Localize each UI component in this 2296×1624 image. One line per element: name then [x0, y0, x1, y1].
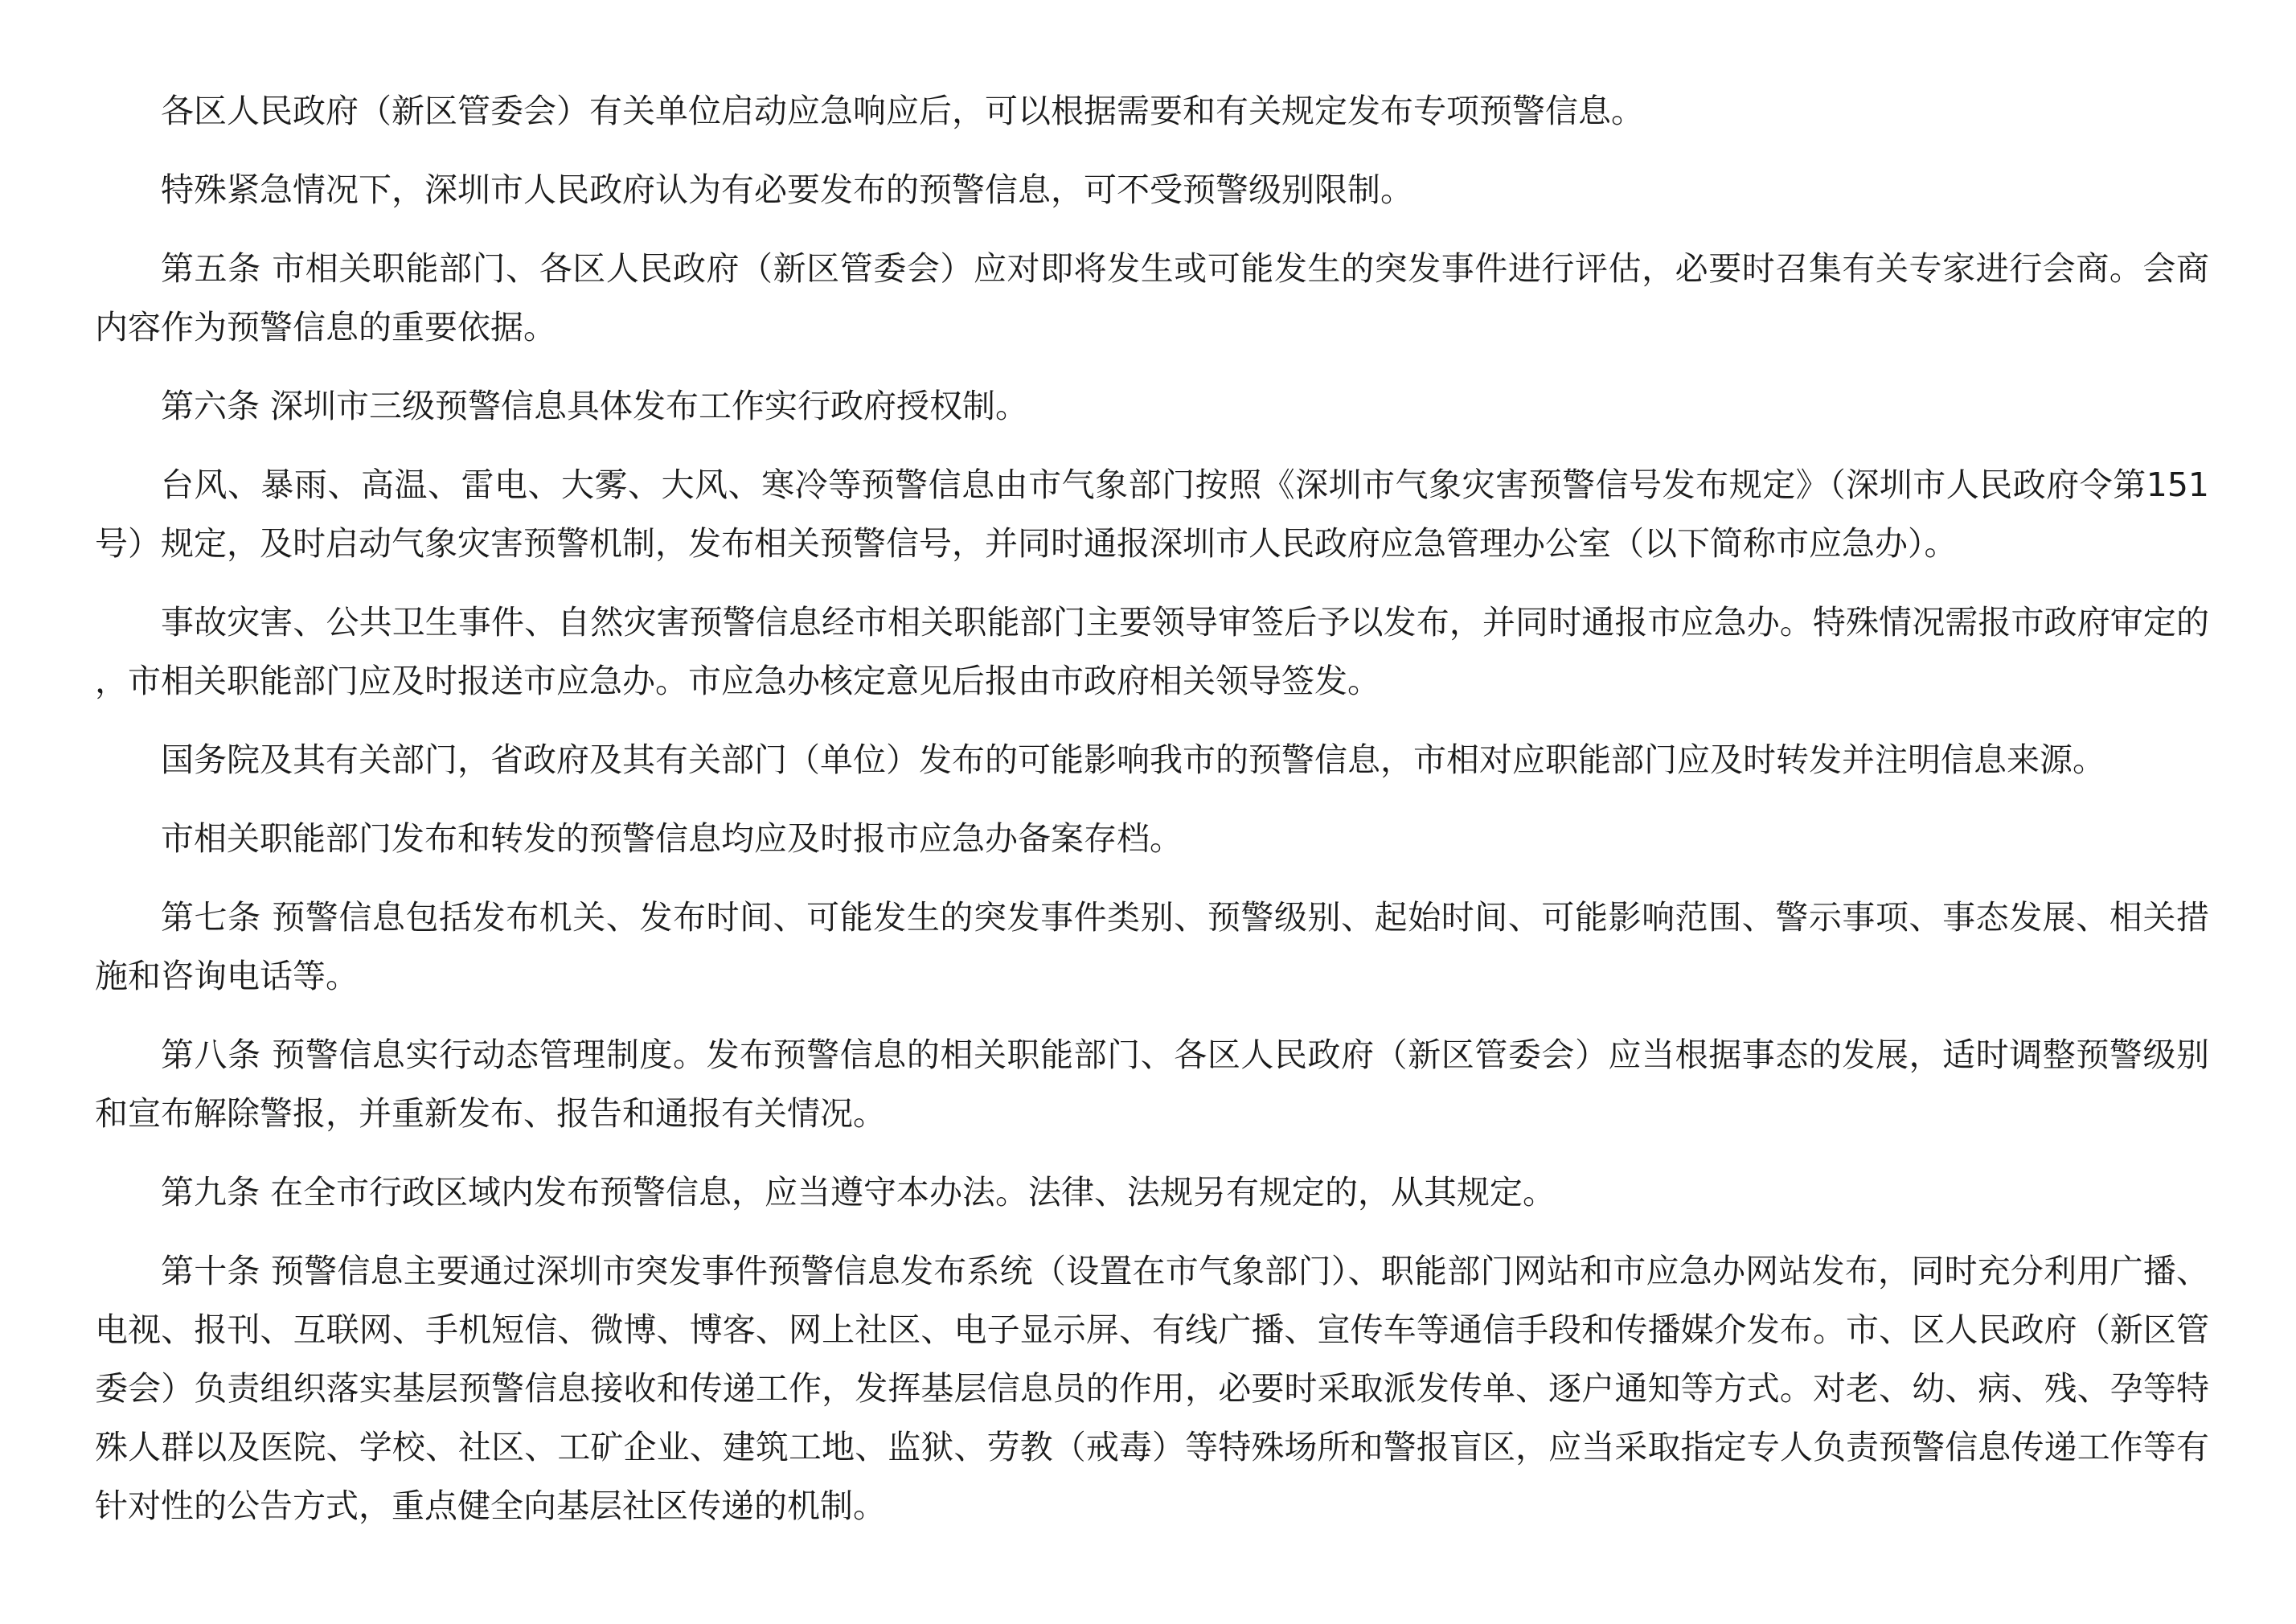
paragraph-special-warning-by-district: 各区人民政府（新区管委会）有关单位启动应急响应后，可以根据需要和有关规定发布专项… — [95, 82, 2209, 141]
paragraph-accident-disaster-warnings: 事故灾害、公共卫生事件、自然灾害预警信息经市相关职能部门主要领导审签后予以发布，… — [95, 593, 2209, 711]
paragraph-article-10: 第十条 预警信息主要通过深圳市突发事件预警信息发布系统（设置在市气象部门）、职能… — [95, 1242, 2209, 1536]
paragraph-article-9: 第九条 在全市行政区域内发布预警信息，应当遵守本办法。法律、法规另有规定的，从其… — [95, 1163, 2209, 1222]
paragraph-special-emergency: 特殊紧急情况下，深圳市人民政府认为有必要发布的预警信息，可不受预警级别限制。 — [95, 161, 2209, 219]
paragraph-article-6: 第六条 深圳市三级预警信息具体发布工作实行政府授权制。 — [95, 377, 2209, 436]
paragraph-article-7: 第七条 预警信息包括发布机关、发布时间、可能发生的突发事件类别、预警级别、起始时… — [95, 888, 2209, 1006]
paragraph-archiving: 市相关职能部门发布和转发的预警信息均应及时报市应急办备案存档。 — [95, 810, 2209, 868]
document-body: 各区人民政府（新区管委会）有关单位启动应急响应后，可以根据需要和有关规定发布专项… — [95, 82, 2209, 1556]
paragraph-article-8: 第八条 预警信息实行动态管理制度。发布预警信息的相关职能部门、各区人民政府（新区… — [95, 1026, 2209, 1143]
paragraph-state-council-forwarding: 国务院及其有关部门，省政府及其有关部门（单位）发布的可能影响我市的预警信息，市相… — [95, 731, 2209, 789]
paragraph-meteorological-warnings: 台风、暴雨、高温、雷电、大雾、大风、寒冷等预警信息由市气象部门按照《深圳市气象灾… — [95, 456, 2209, 573]
paragraph-article-5: 第五条 市相关职能部门、各区人民政府（新区管委会）应对即将发生或可能发生的突发事… — [95, 240, 2209, 357]
